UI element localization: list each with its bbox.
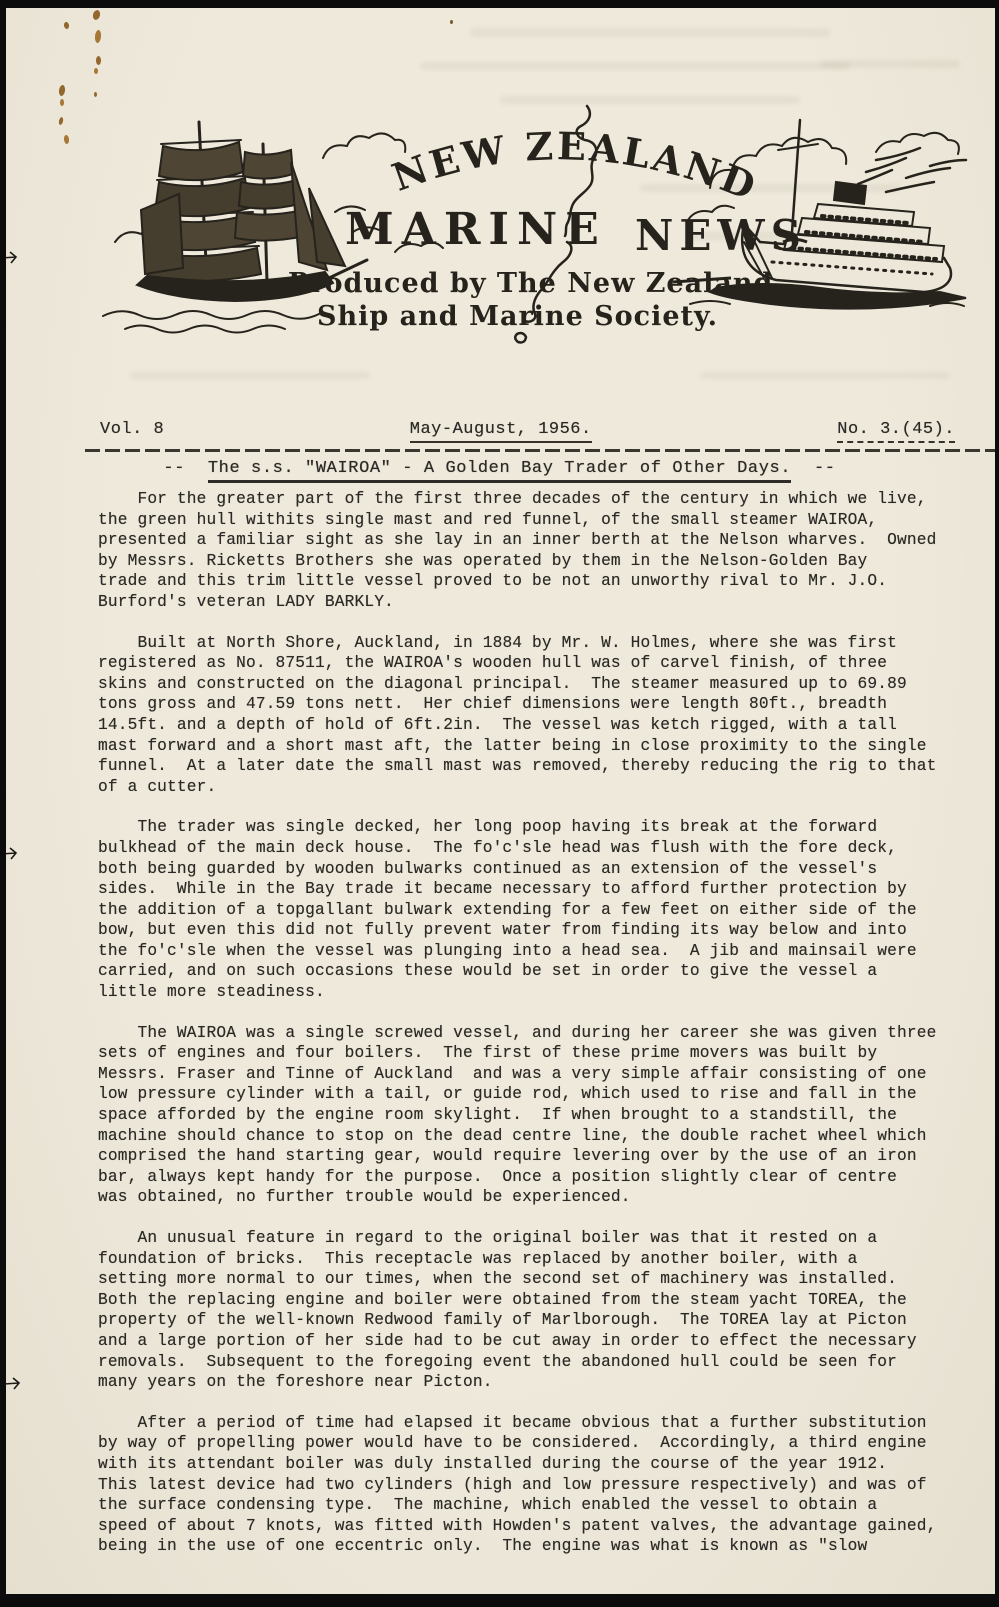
scan-edge: [0, 0, 999, 8]
issue-period: May-August, 1956.: [410, 420, 592, 443]
article-paragraph: For the greater part of the first three …: [98, 489, 976, 613]
masthead-word-marine: MARINE: [345, 204, 607, 255]
issue-info-row: Vol. 8 May-August, 1956. No. 3.(45).: [100, 420, 955, 443]
svg-text:NEW ZEALAND: NEW ZEALAND: [386, 123, 764, 210]
article-paragraph: The trader was single decked, her long p…: [98, 817, 976, 1002]
issue-number: No. 3.(45).: [837, 420, 955, 443]
volume-label: Vol. 8: [100, 420, 164, 439]
newsletter-page: NEW ZEALAND MARINE NEWS Produced by The …: [0, 0, 999, 1607]
scan-edge: [995, 0, 999, 1607]
scan-edge: [0, 1594, 999, 1607]
header-rule: [85, 449, 999, 452]
article-paragraph: After a period of time had elapsed it be…: [98, 1413, 976, 1557]
bleedthrough-mark: [700, 372, 950, 379]
masthead-tagline-2: Ship and Marine Society.: [317, 301, 718, 332]
bleedthrough-mark: [820, 60, 960, 68]
article-title: -- The s.s. "WAIROA" - A Golden Bay Trad…: [0, 459, 999, 478]
smoke-icon: [858, 148, 966, 192]
bleedthrough-mark: [130, 372, 370, 379]
article-paragraph: An unusual feature in regard to the orig…: [98, 1228, 976, 1393]
article-paragraph: Built at North Shore, Auckland, in 1884 …: [98, 633, 976, 798]
bleedthrough-mark: [420, 62, 850, 70]
masthead-tagline-1: Produced by The New Zealand: [288, 268, 773, 299]
margin-mark: [3, 1376, 23, 1392]
title-main: The s.s. "WAIROA" - A Golden Bay Trader …: [208, 459, 791, 483]
masthead: NEW ZEALAND MARINE NEWS Produced by The …: [95, 92, 975, 347]
masthead-region-title: NEW ZEALAND: [386, 123, 764, 210]
scan-edge: [0, 0, 6, 1607]
title-suffix-dash: --: [814, 459, 836, 478]
masthead-word-news: NEWS: [635, 211, 807, 260]
title-prefix-dashes: --: [163, 459, 185, 478]
bleedthrough-mark: [470, 28, 830, 37]
article-paragraph: The WAIROA was a single screwed vessel, …: [98, 1023, 976, 1208]
article-body: For the greater part of the first three …: [98, 489, 976, 1577]
